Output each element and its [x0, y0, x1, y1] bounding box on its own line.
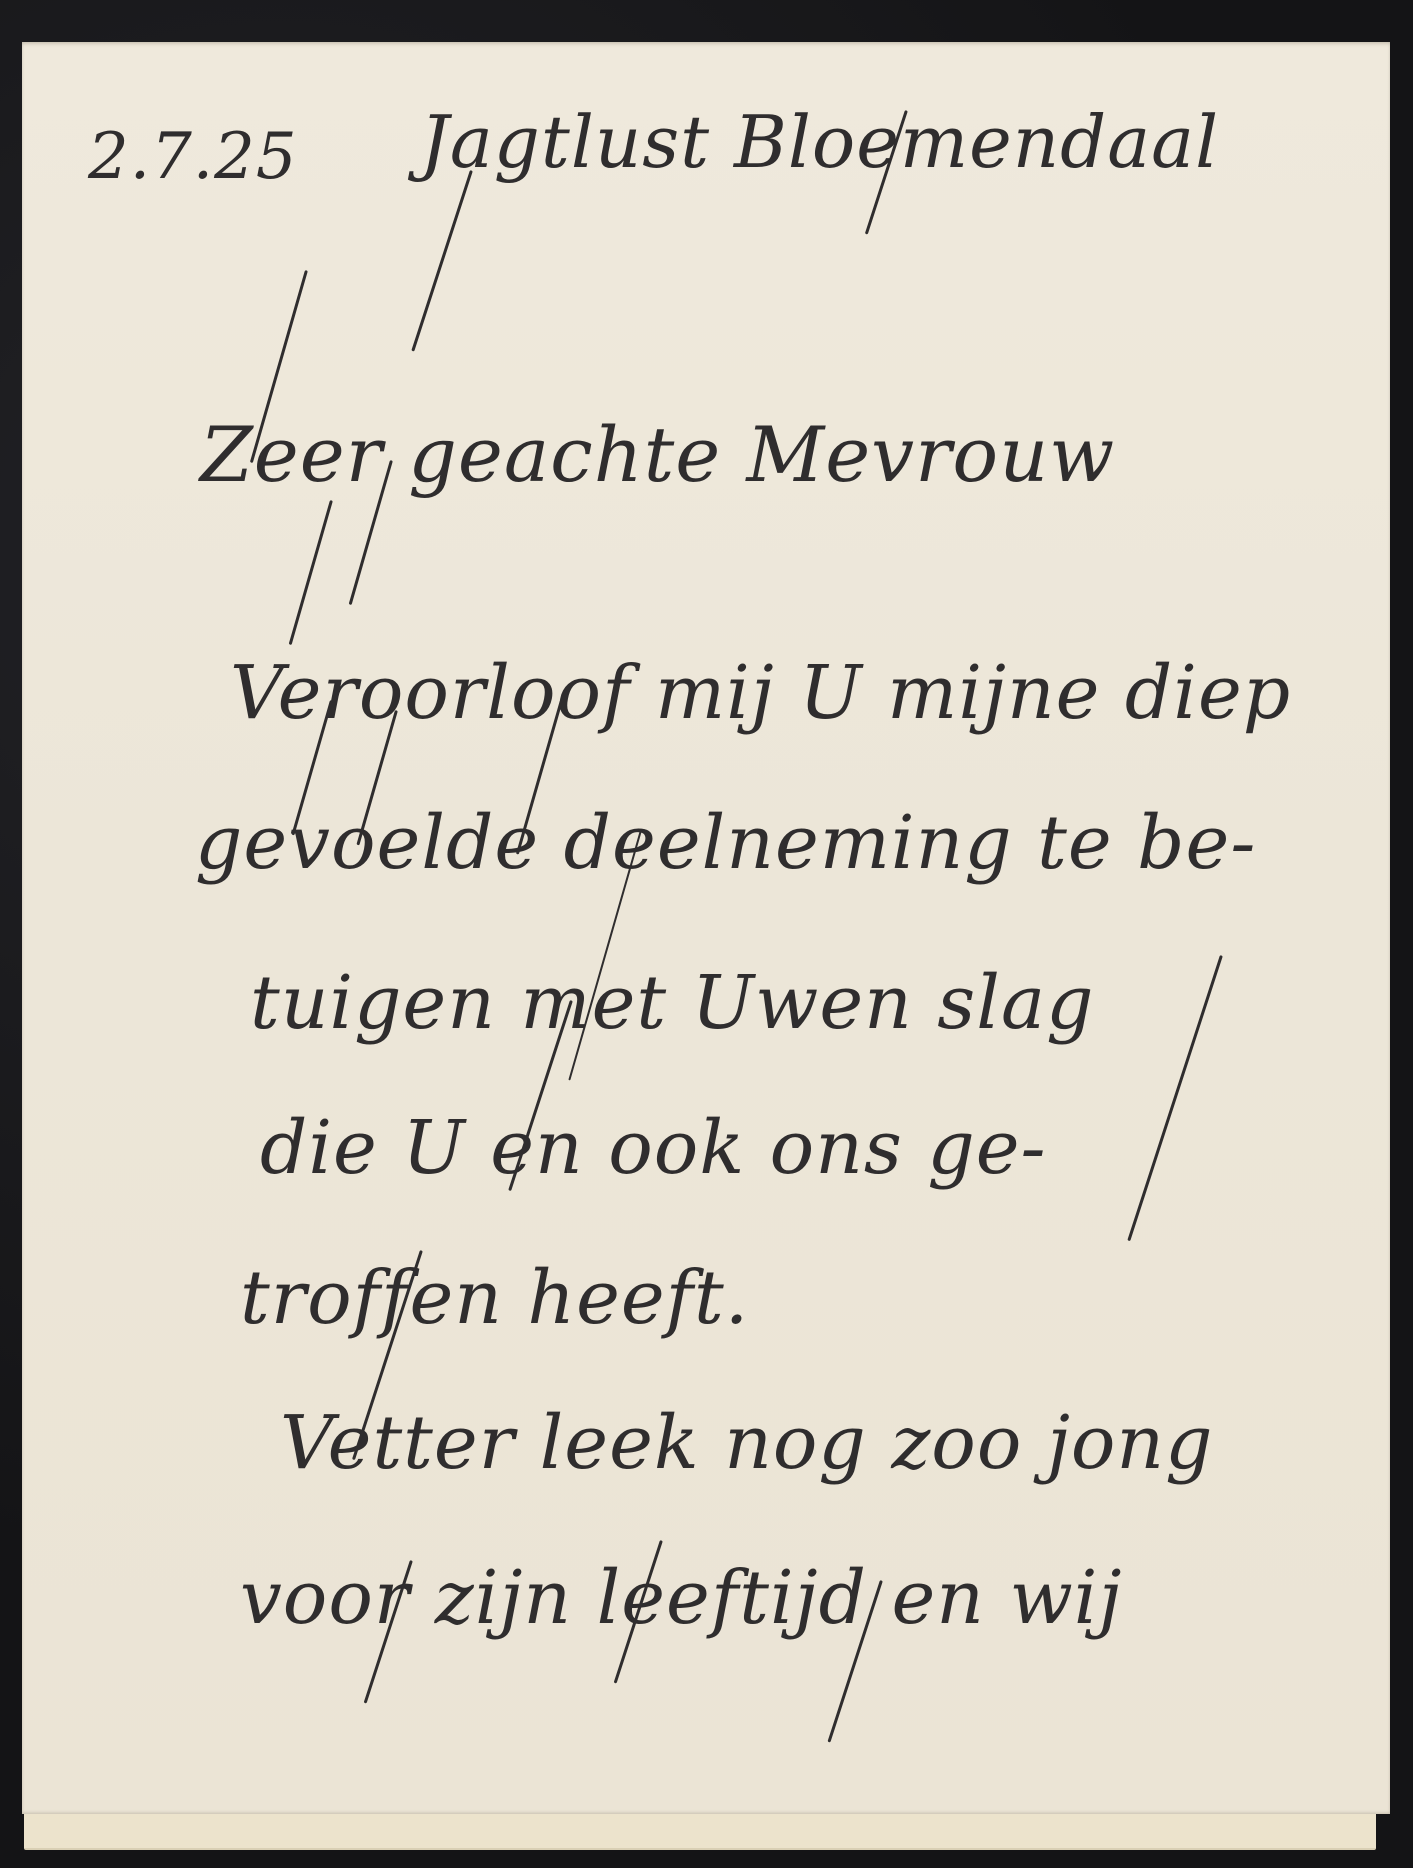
body-line-6: Vetter leek nog zoo jong	[280, 1400, 1213, 1486]
body-line-2-text: gevoelde deelneming te be-	[195, 800, 1256, 886]
letter-date: 2.7.25	[88, 120, 298, 194]
body-line-2: gevoelde deelneming te be-	[195, 800, 1256, 886]
body-line-1: Veroorloof mij U mijne diep	[230, 650, 1291, 736]
body-line-4: die U en ook ons ge-	[260, 1105, 1047, 1191]
second-sheet-edge	[24, 1808, 1376, 1850]
letter-place: Jagtlust Bloemendaal	[420, 100, 1219, 184]
body-line-7: voor zijn leeftijd en wij	[240, 1555, 1122, 1641]
letter-page	[22, 42, 1390, 1814]
body-line-5: troffen heeft.	[240, 1255, 749, 1341]
body-line-3: tuigen met Uwen slag	[250, 960, 1094, 1046]
letter-salutation: Zeer geachte Mevrouw	[200, 410, 1115, 499]
